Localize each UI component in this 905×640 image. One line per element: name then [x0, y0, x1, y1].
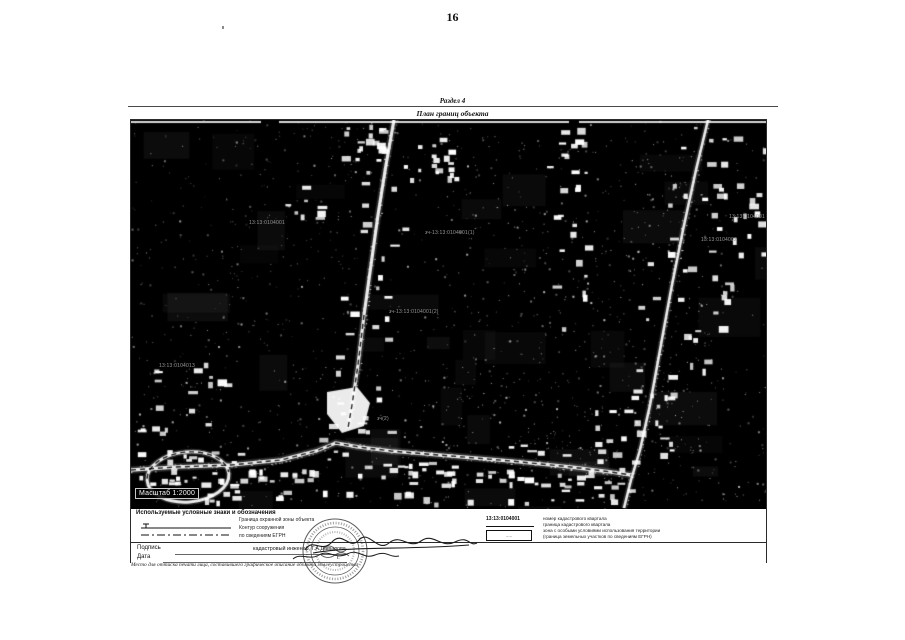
map-cadastral-label: 13:13:0104002 — [701, 237, 737, 243]
stamp-place-note: Место для оттиска печати лица, составивш… — [131, 562, 358, 568]
legend-panel: Используемые условные знаки и обозначени… — [131, 509, 766, 542]
signer-name: кадастровый инженер, Г.А.Давыдова — [253, 546, 346, 552]
document-page: 16 Раздел 4 План границ объекта 13:13:01… — [0, 0, 905, 640]
aerial-map: 13:13:0104001зч-13:13:0104001(1)зч-13:13… — [131, 120, 766, 509]
legend-right-label: граница кадастрового квартала — [543, 522, 610, 527]
plan-frame: 13:13:0104001зч-13:13:0104001(1)зч-13:13… — [130, 119, 767, 563]
map-cadastral-label: 13:13:0104001 — [249, 220, 285, 226]
map-cadastral-label: 13:13:0104013 — [159, 363, 195, 369]
legend-label: по сведениям ЕГРН — [239, 533, 285, 539]
scan-speck — [222, 26, 224, 29]
zone-box-symbol: – – — [486, 530, 532, 541]
legend-right-label: зона с особыми условиями использования т… — [543, 528, 660, 533]
section-heading: Раздел 4 — [0, 97, 905, 105]
map-cadastral-label: зч(2) — [377, 416, 389, 422]
aerial-map-canvas — [131, 120, 766, 509]
legend-right-label: номер кадастрового квартала — [543, 516, 607, 521]
legend-right-label: (граница земельных участков по сведениям… — [543, 534, 652, 539]
quarter-boundary-line-symbol — [486, 526, 534, 527]
header-rule — [128, 106, 778, 107]
legend-label: Контур сооружения — [239, 525, 284, 531]
legend-label: Граница охранной зоны объекта — [239, 517, 314, 523]
scale-badge: Масштаб 1:2000 — [135, 488, 199, 499]
page-number: 16 — [0, 10, 905, 25]
signature-line — [175, 554, 347, 555]
cadastral-quarter-number: 13:13:0104001 — [486, 516, 520, 522]
legend-heading: Используемые условные знаки и обозначени… — [136, 510, 276, 516]
signature-label: Подпись — [137, 545, 161, 551]
map-cadastral-label: зч-13:13:0104001(2) — [389, 309, 439, 315]
signature-panel: Подпись кадастровый инженер, Г.А.Давыдов… — [131, 542, 766, 563]
map-cadastral-label: зч-13:13:0104001(1) — [425, 230, 475, 236]
plan-title: План границ объекта — [0, 109, 905, 118]
date-suffix: г. — [337, 555, 340, 561]
map-cadastral-label: 13:13:0104001 — [729, 214, 765, 220]
date-label: Дата — [137, 554, 150, 560]
